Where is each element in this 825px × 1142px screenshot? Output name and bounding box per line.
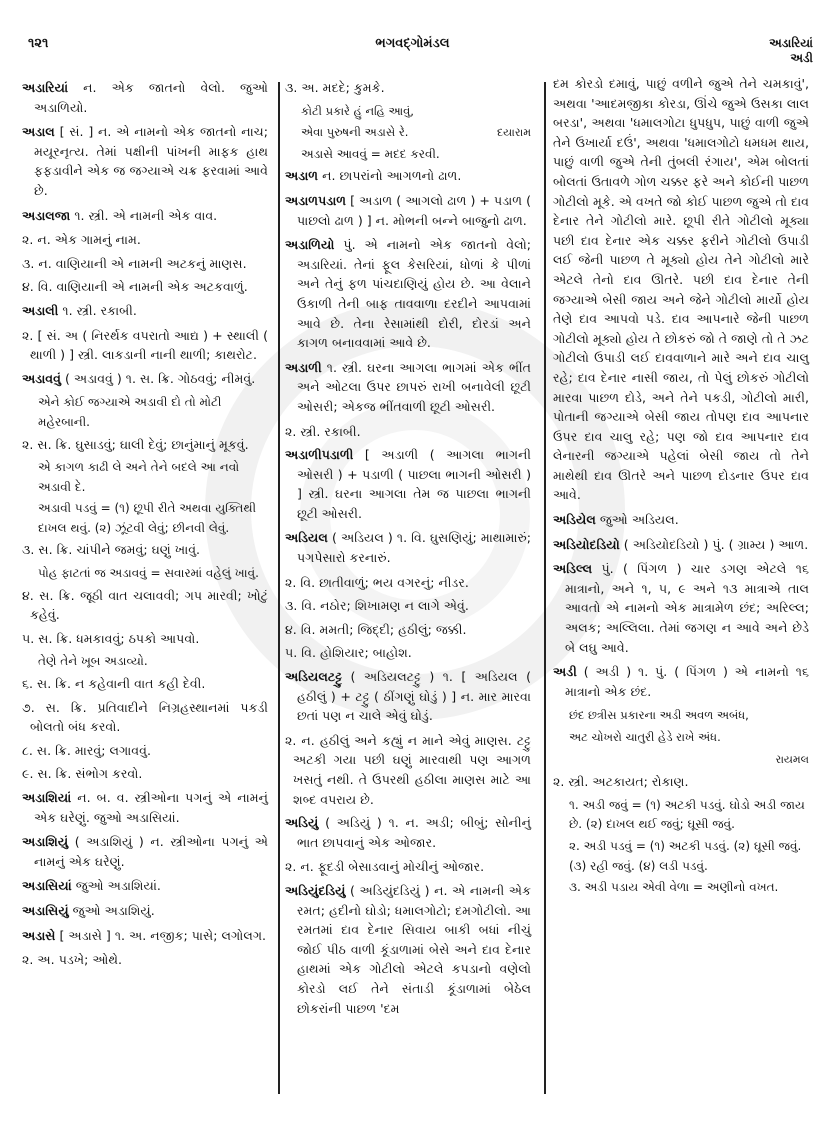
block-text: ૩. સ. ક્રિ. ચાંપીને જમવું; ઘણું ખાવું. <box>22 542 200 557</box>
usage-example: અડાવી પડવું = (૧) છૂપી રીતે અથવા યુક્તિથ… <box>38 499 268 538</box>
sense-definition: ૪. સ. ક્રિ. જૂઠી વાત ચલાવવી; ગપ મારવી; ખ… <box>22 586 268 625</box>
dictionary-entry: અડાળીપડાળી [ અડાળી ( આગલા ભાગની ઓસરી ) +… <box>285 445 531 523</box>
block-text: ૫. સ. ક્રિ. ધમકાવવું; ઠપકો આપવો. <box>22 631 199 646</box>
usage-example: અડાસે આવવું = મદદ કરવી. <box>301 145 531 165</box>
block-text: ૨. ન. હઠીલું અને કહ્યું ન માને એવું માણસ… <box>285 733 531 807</box>
headword: અડાવવું <box>22 371 61 386</box>
column-right: દમ કોરડો દમાવું, પાછું વળીને જુએ તેને ચમ… <box>553 74 809 900</box>
usage-example: એને કોઈ જગ્યાએ અડાવી દો તો મોટી મહેરબાની… <box>38 393 268 432</box>
block-text: ૨. [ સં. અ ( નિરર્થક વપરાતો આદ્ય ) + સ્થ… <box>22 328 268 363</box>
block-text: ૨. સ. ક્રિ. ઘુસાડવું; ઘાલી દેવું; છાનુંમ… <box>22 437 249 452</box>
block-text: ૭. સ. ક્રિ. પ્રતિવાદીને નિગ્રહસ્થાનમાં પ… <box>22 700 268 735</box>
sense-definition: ૨. સ્ત્રી. રકાબી. <box>285 422 531 442</box>
usage-example: તેણે તેને ખૂબ અડાવ્યો. <box>38 652 268 672</box>
block-text: દમ કોરડો દમાવું, પાછું વળીને જુએ તેને ચમ… <box>553 76 809 502</box>
headword: અડિલ્લ <box>553 561 592 576</box>
sense-definition: ૪. વિ. વાણિયાની એ નામની એક અટકવાળું. <box>22 277 268 297</box>
dictionary-entry: અડિયલટટ્ટુ ( અડિયલટટ્ટુ ) ૧. [ અડિયલ ( હ… <box>285 667 531 726</box>
sense-definition: ૩. અ. મદદે; કુમકે. <box>285 78 531 98</box>
block-text: ૪. વિ. મમતી; જિદ્દી; હઠીલું; જક્કી. <box>285 622 466 637</box>
dictionary-entry: અડિયું ( અડિયું ) ૧. ન. અડી; બીબું; સોની… <box>285 813 531 852</box>
block-text: ૪. સ. ક્રિ. જૂઠી વાત ચલાવવી; ગપ મારવી; ખ… <box>22 588 268 623</box>
sense-definition: ૫. વિ. હોશિયાર; બાહોશ. <box>285 643 531 663</box>
block-text: ૧. અડી જવું = (૧) અટકી પડવું. ઘોડો અડી જ… <box>569 798 805 832</box>
sense-definition: ૫. સ. ક્રિ. ધમકાવવું; ઠપકો આપવો. <box>22 629 268 649</box>
sense-definition: ૨. ન. હઠીલું અને કહ્યું ન માને એવું માણસ… <box>285 731 531 809</box>
headword: અડાસિયું <box>22 903 69 918</box>
block-text: ૩. અ. મદદે; કુમકે. <box>285 80 385 95</box>
definition-text: [ અડાસે ] ૧. અ. નજીક; પાસે; લગોલગ. <box>56 928 267 943</box>
sense-definition: ૨. સ. ક્રિ. ઘુસાડવું; ઘાલી દેવું; છાનુંમ… <box>22 435 268 455</box>
quotation-line: દયારામએવા પુરુષની અડાસે રે. <box>301 123 531 143</box>
definition-text: ( અડિયુંદડિયું ) ન. એ નામની એક રમત; હદીન… <box>297 883 531 1016</box>
quotation-line: અટ ચોખરો ચાતુરી હેડે રાખે અંધ. <box>569 728 809 748</box>
block-text: તેણે તેને ખૂબ અડાવ્યો. <box>38 654 148 668</box>
column-divider <box>544 82 546 1094</box>
block-text: ૨. ન. ફૂદડી બેસાડવાનું મોચીનું ઓજાર. <box>285 859 484 874</box>
block-text: ૫. વિ. હોશિયાર; બાહોશ. <box>285 645 412 660</box>
headword: અડિયેલ <box>553 512 596 527</box>
dictionary-entry: અડાશિયાં ન. બ. વ. સ્ત્રીઓના પગનું એ નામન… <box>22 788 268 827</box>
headword: અડાશિયું <box>22 834 68 849</box>
dictionary-entry: અડાસિયું જુઓ અડાશિયું. <box>22 901 268 921</box>
block-text: એવા પુરુષની અડાસે રે. <box>301 125 408 139</box>
dictionary-entry: અડાળી ૧. સ્ત્રી. ઘરના આગલા ભાગમાં એક ભીં… <box>285 358 531 417</box>
headword: અડાલજા <box>22 208 70 223</box>
definition-text: જુઓ અડિયલ. <box>596 512 679 527</box>
definition-text: પું. એ નામનો એક જાતનો વેલો; અડારિયાં. તે… <box>297 237 531 350</box>
block-text: ૨. અડી પડવું = (૧) અટકી પડવું. (૨) ઘૂસી … <box>569 839 801 873</box>
usage-example: ૧. અડી જવું = (૧) અટકી પડવું. ઘોડો અડી જ… <box>569 796 809 835</box>
continued-definition: દમ કોરડો દમાવું, પાછું વળીને જુએ તેને ચમ… <box>553 74 809 505</box>
headword: અડાળિયો <box>285 237 334 252</box>
headword: અડાલી <box>22 303 58 318</box>
headword: અડાળી <box>285 360 322 375</box>
quotation-line: છંદ છત્રીસ પ્રકારના અડી અવળ અબંધ, <box>569 706 809 726</box>
block-text: અડાવી પડવું = (૧) છૂપી રીતે અથવા યુક્તિથ… <box>38 501 256 535</box>
definition-text: [ સં. ] ન. એ નામનો એક જાતનો નાચ; મયૂરનૃત… <box>34 124 268 198</box>
block-text: ૨. વિ. છાતીવાળું; ભય વગરનું; નીડર. <box>285 575 469 590</box>
quotation-attribution: રાયમલ <box>553 750 809 770</box>
dictionary-entry: અડી ( અડી ) ૧. પું. ( પિંગળ ) એ નામનો ૧૬… <box>553 662 809 701</box>
quotation-attribution: દયારામ <box>497 123 531 143</box>
sense-definition: ૨. [ સં. અ ( નિરર્થક વપરાતો આદ્ય ) + સ્થ… <box>22 326 268 365</box>
block-text: પોહ ફાટતાં જ અડાવવું = સવારમાં વહેલું ખા… <box>38 566 259 580</box>
headword: અડાળપડાળ <box>285 193 346 208</box>
dictionary-entry: અડારિયાં ન. એક જાતનો વેલો. જુઓ અડાળિયો. <box>22 78 268 117</box>
headword: અડારિયાં <box>22 80 68 95</box>
sense-definition: ૩. ન. વાણિયાની એ નામની અટકનું માણસ. <box>22 254 268 274</box>
sense-definition: ૨. અ. પડખે; ઓથે. <box>22 950 268 970</box>
dictionary-entry: અડાસિયાં જુઓ અડાશિયાં. <box>22 876 268 896</box>
sense-definition: ૭. સ. ક્રિ. પ્રતિવાદીને નિગ્રહસ્થાનમાં પ… <box>22 698 268 737</box>
headword: અડિયલટટ્ટુ <box>285 669 342 684</box>
definition-text: ( અડિયોદડિયો ) પું. ( ગ્રામ્ય ) આળ. <box>620 537 808 552</box>
definition-text: જુઓ અડાશિયું. <box>69 903 155 918</box>
headword: અડાસિયાં <box>22 878 72 893</box>
dictionary-entry: અડાશિયું ( અડાશિયું ) ન. સ્ત્રીઓના પગનું… <box>22 832 268 871</box>
dictionary-entry: અડાલી ૧. સ્ત્રી. રકાબી. <box>22 301 268 321</box>
guide-words: અડારિયાં અડી <box>769 36 813 66</box>
running-title: ભગવદ્ગોમંડલ <box>0 36 825 51</box>
dictionary-entry: અડાળિયો પું. એ નામનો એક જાતનો વેલો; અડાર… <box>285 235 531 353</box>
block-text: ૯. સ. ક્રિ. સંભોગ કરવો. <box>22 766 142 781</box>
block-text: ૨. સ્ત્રી. રકાબી. <box>285 424 361 439</box>
block-text: અટ ચોખરો ચાતુરી હેડે રાખે અંધ. <box>569 730 721 744</box>
block-text: ૨. સ્ત્રી. અટકાયત; રોકાણ. <box>553 774 689 789</box>
sense-definition: ૯. સ. ક્રિ. સંભોગ કરવો. <box>22 764 268 784</box>
sense-definition: ૩. વિ. નઠોર; શિખામણ ન લાગે એવું. <box>285 596 531 616</box>
sense-definition: ૪. વિ. મમતી; જિદ્દી; હઠીલું; જક્કી. <box>285 620 531 640</box>
column-middle: ૩. અ. મદદે; કુમકે.કોટી પ્રકારે હું નહિ આ… <box>285 78 531 1023</box>
headword: અડાલ <box>22 124 55 139</box>
definition-text: ( અડી ) ૧. પું. ( પિંગળ ) એ નામનો ૧૬ માત… <box>565 664 809 699</box>
block-text: એ કાગળ કાઢી લે અને તેને બદલે આ નવો અડાવી… <box>38 460 239 494</box>
block-text: ૨. અ. પડખે; ઓથે. <box>22 952 122 967</box>
block-text: ૨. ન. એક ગામનું નામ. <box>22 232 141 247</box>
definition-text: ન. છાપરાંનો આગળનો ઢાળ. <box>318 168 461 183</box>
definition-text: ૧. સ્ત્રી. રકાબી. <box>58 303 136 318</box>
usage-example: ૩. અડી પડાય એવી વેળા = અણીનો વખત. <box>569 878 809 898</box>
definition-text: ૧. સ્ત્રી. એ નામની એક વાવ. <box>70 208 217 223</box>
quotation-line: કોટી પ્રકારે હું નહિ આવું, <box>301 102 531 122</box>
definition-text: પું. ( પિંગળ ) ચાર ડગણ એટલે ૧૬ માત્રાનો,… <box>565 561 809 654</box>
column-left: અડારિયાં ન. એક જાતનો વેલો. જુઓ અડાળિયો.અ… <box>22 78 268 974</box>
headword: અડિયું <box>285 815 318 830</box>
headword: અડી <box>553 664 577 679</box>
block-text: ૮. સ. ક્રિ. મારવું; લગાવવું. <box>22 743 151 758</box>
headword: અડાસે <box>22 928 56 943</box>
dictionary-entry: અડિયોદડિયો ( અડિયોદડિયો ) પું. ( ગ્રામ્ય… <box>553 535 809 555</box>
usage-example: ૨. અડી પડવું = (૧) અટકી પડવું. (૨) ઘૂસી … <box>569 837 809 876</box>
definition-text: ન. એક જાતનો વેલો. જુઓ અડાળિયો. <box>34 80 268 115</box>
guide-word-last: અડી <box>769 51 813 66</box>
usage-example: એ કાગળ કાઢી લે અને તેને બદલે આ નવો અડાવી… <box>38 458 268 497</box>
definition-text: જુઓ અડાશિયાં. <box>72 878 161 893</box>
dictionary-entry: અડિયેલ જુઓ અડિયલ. <box>553 510 809 530</box>
dictionary-entry: અડિયુંદડિયું ( અડિયુંદડિયું ) ન. એ નામની… <box>285 881 531 1018</box>
definition-text: ૧. સ્ત્રી. ઘરના આગલા ભાગમાં એક ભીંત અને … <box>297 360 531 414</box>
headword: અડિયોદડિયો <box>553 537 620 552</box>
dictionary-entry: અડાળ ન. છાપરાંનો આગળનો ઢાળ. <box>285 166 531 186</box>
definition-text: ( અડિયું ) ૧. ન. અડી; બીબું; સોનીનું ભાત… <box>297 815 531 850</box>
headword: અડાશિયાં <box>22 790 71 805</box>
block-text: રાયમલ <box>776 753 809 766</box>
dictionary-entry: અડાસે [ અડાસે ] ૧. અ. નજીક; પાસે; લગોલગ. <box>22 926 268 946</box>
block-text: ૬. સ. ક્રિ. ન કહેવાની વાત કહી દેવી. <box>22 676 205 691</box>
sense-definition: ૨. ન. ફૂદડી બેસાડવાનું મોચીનું ઓજાર. <box>285 857 531 877</box>
headword: અડિયુંદડિયું <box>285 883 345 898</box>
usage-example: પોહ ફાટતાં જ અડાવવું = સવારમાં વહેલું ખા… <box>38 564 268 584</box>
definition-text: ( અડાવવું ) ૧. સ. ક્રિ. ગોઠવવું; નીમવું. <box>61 371 255 386</box>
definition-text: ( અડિયલ ) ૧. વિ. ઘુસણિયું; માથામારું; પગ… <box>297 530 531 565</box>
block-text: ૪. વિ. વાણિયાની એ નામની એક અટકવાળું. <box>22 279 248 294</box>
headword: અડાળ <box>285 168 318 183</box>
column-divider <box>278 82 280 1094</box>
definition-text: ( અડાશિયું ) ન. સ્ત્રીઓના પગનું એ નામનું… <box>34 834 268 869</box>
dictionary-entry: અડાલ [ સં. ] ન. એ નામનો એક જાતનો નાચ; મય… <box>22 122 268 200</box>
block-text: છંદ છત્રીસ પ્રકારના અડી અવળ અબંધ, <box>569 708 749 722</box>
headword: અડિયલ <box>285 530 328 545</box>
block-text: ૩. વિ. નઠોર; શિખામણ ન લાગે એવું. <box>285 598 469 613</box>
sense-definition: ૨. સ્ત્રી. અટકાયત; રોકાણ. <box>553 772 809 792</box>
dictionary-entry: અડાલજા ૧. સ્ત્રી. એ નામની એક વાવ. <box>22 206 268 226</box>
sense-definition: ૬. સ. ક્રિ. ન કહેવાની વાત કહી દેવી. <box>22 674 268 694</box>
dictionary-entry: અડિયલ ( અડિયલ ) ૧. વિ. ઘુસણિયું; માથામાર… <box>285 528 531 567</box>
dictionary-entry: અડાળપડાળ [ અડાળ ( આગલો ઢાળ ) + પડાળ ( પા… <box>285 191 531 230</box>
block-text: અડાસે આવવું = મદદ કરવી. <box>301 147 440 161</box>
dictionary-entry: અડાવવું ( અડાવવું ) ૧. સ. ક્રિ. ગોઠવવું;… <box>22 369 268 389</box>
sense-definition: ૨. વિ. છાતીવાળું; ભય વગરનું; નીડર. <box>285 573 531 593</box>
page-header: ૧૨૧ ભગવદ્ગોમંડલ અડારિયાં અડી <box>0 36 825 66</box>
block-text: ૩. ન. વાણિયાની એ નામની અટકનું માણસ. <box>22 256 247 271</box>
block-text: એને કોઈ જગ્યાએ અડાવી દો તો મોટી મહેરબાની… <box>38 395 221 429</box>
dictionary-entry: અડિલ્લ પું. ( પિંગળ ) ચાર ડગણ એટલે ૧૬ મા… <box>553 559 809 657</box>
block-text: ૩. અડી પડાય એવી વેળા = અણીનો વખત. <box>569 880 778 894</box>
guide-word-first: અડારિયાં <box>769 36 813 51</box>
sense-definition: ૩. સ. ક્રિ. ચાંપીને જમવું; ઘણું ખાવું. <box>22 540 268 560</box>
sense-definition: ૮. સ. ક્રિ. મારવું; લગાવવું. <box>22 741 268 761</box>
sense-definition: ૨. ન. એક ગામનું નામ. <box>22 230 268 250</box>
block-text: કોટી પ્રકારે હું નહિ આવું, <box>301 104 414 118</box>
headword: અડાળીપડાળી <box>285 447 353 462</box>
